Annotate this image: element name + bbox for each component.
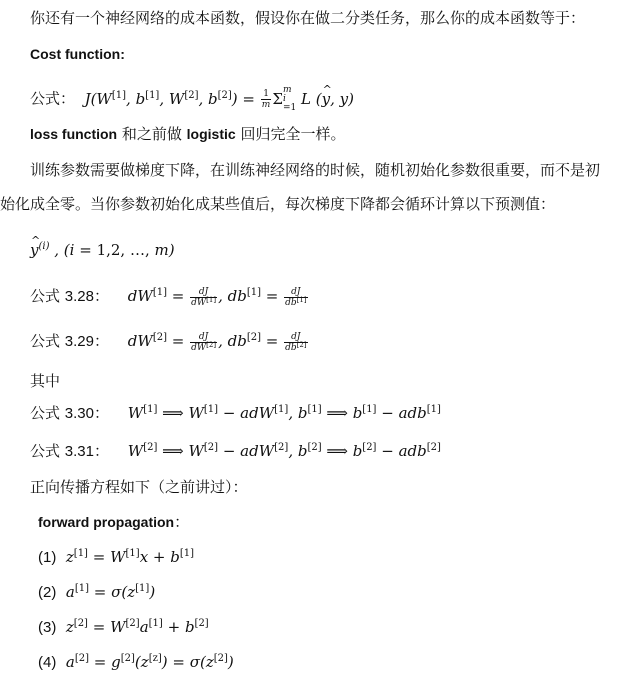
- formula-3-31-math: W[2] ⟹ W[2] − adW[2], b[2] ⟹ b[2] − adb[…: [128, 442, 441, 460]
- forward-equation-4: (4) a[2] = g[2](z[z]) = σ(z[2]): [38, 652, 234, 673]
- formula-3-30-math: W[1] ⟹ W[1] − adW[1], b[1] ⟹ b[1] − adb[…: [128, 404, 441, 422]
- formula-3-29-math: dW[2] = dJdW[2], db[2] = dJdb[2]: [128, 332, 309, 350]
- equation-index: (2): [38, 584, 56, 601]
- formula-3-28: 公式 3.28： dW[1] = dJdW[1], db[1] = dJdb[1…: [30, 286, 309, 308]
- formula-colon: ：: [94, 287, 109, 305]
- forward-propagation-heading: forward propagation：: [38, 512, 189, 532]
- formula-colon: ：: [94, 442, 109, 460]
- formula-number: 3.30: [65, 405, 94, 422]
- cost-function-heading: Cost function:: [30, 44, 125, 64]
- formula-number: 3.28: [65, 288, 94, 305]
- forward-heading-text: forward propagation: [38, 514, 174, 530]
- loss-text-1: 和之前做: [117, 125, 187, 143]
- loss-function-line: loss function 和之前做 logistic 回归完全一样。: [30, 124, 345, 144]
- forward-equation-3-math: z[2] = W[2]a[1] + b[2]: [61, 618, 209, 636]
- formula-label: 公式: [30, 404, 60, 422]
- formula-3-31: 公式 3.31： W[2] ⟹ W[2] − adW[2], b[2] ⟹ b[…: [30, 441, 441, 462]
- formula-number: 3.31: [65, 443, 94, 460]
- loss-text-2: 回归完全一样。: [236, 125, 346, 143]
- forward-heading-colon: ：: [174, 513, 189, 531]
- formula-3-29: 公式 3.29： dW[2] = dJdW[2], db[2] = dJdb[2…: [30, 331, 309, 353]
- formula-colon: ：: [94, 404, 109, 422]
- equation-index: (3): [38, 619, 56, 636]
- cost-formula: 公式： J(W[1], b[1], W[2], b[2]) = 1mΣmi=1 …: [30, 86, 354, 113]
- intro-paragraph: 你还有一个神经网络的成本函数，假设你在做二分类任务，那么你的成本函数等于：: [30, 8, 585, 28]
- formula-number: 3.29: [65, 333, 94, 350]
- equation-index: (4): [38, 654, 56, 671]
- logistic-term: logistic: [187, 126, 236, 142]
- formula-label: 公式: [30, 332, 60, 350]
- loss-function-term: loss function: [30, 126, 117, 142]
- where-label: 其中: [30, 371, 60, 391]
- training-paragraph-line-1: 训练参数需要做梯度下降，在训练神经网络的时候，随机初始化参数很重要，而不是初: [30, 160, 600, 180]
- formula-3-30: 公式 3.30： W[1] ⟹ W[1] − adW[1], b[1] ⟹ b[…: [30, 403, 441, 424]
- forward-equation-2-math: a[1] = σ(z[1]): [61, 583, 155, 601]
- forward-equation-3: (3) z[2] = W[2]a[1] + b[2]: [38, 617, 209, 638]
- forward-equation-4-math: a[2] = g[2](z[z]) = σ(z[2]): [61, 653, 234, 671]
- forward-equation-2: (2) a[1] = σ(z[1]): [38, 582, 155, 603]
- training-paragraph-line-2: 始化成全零。当你参数初始化成某些值后，每次梯度下降都会循环计算以下预测值：: [0, 194, 555, 214]
- formula-label: 公式：: [30, 90, 75, 108]
- formula-colon: ：: [94, 332, 109, 350]
- cost-formula-math: J(W[1], b[1], W[2], b[2]) = 1mΣmi=1 L (y…: [80, 90, 354, 108]
- formula-3-28-math: dW[1] = dJdW[1], db[1] = dJdb[1]: [128, 287, 309, 305]
- forward-equation-1: (1) z[1] = W[1]x + b[1]: [38, 547, 194, 568]
- equation-index: (1): [38, 549, 56, 566]
- formula-label: 公式: [30, 442, 60, 460]
- forward-equation-1-math: z[1] = W[1]x + b[1]: [61, 548, 194, 566]
- prediction-formula: y(i) , (i = 1,2, …, m): [30, 240, 175, 260]
- formula-label: 公式: [30, 287, 60, 305]
- forward-intro: 正向传播方程如下（之前讲过）：: [30, 477, 248, 497]
